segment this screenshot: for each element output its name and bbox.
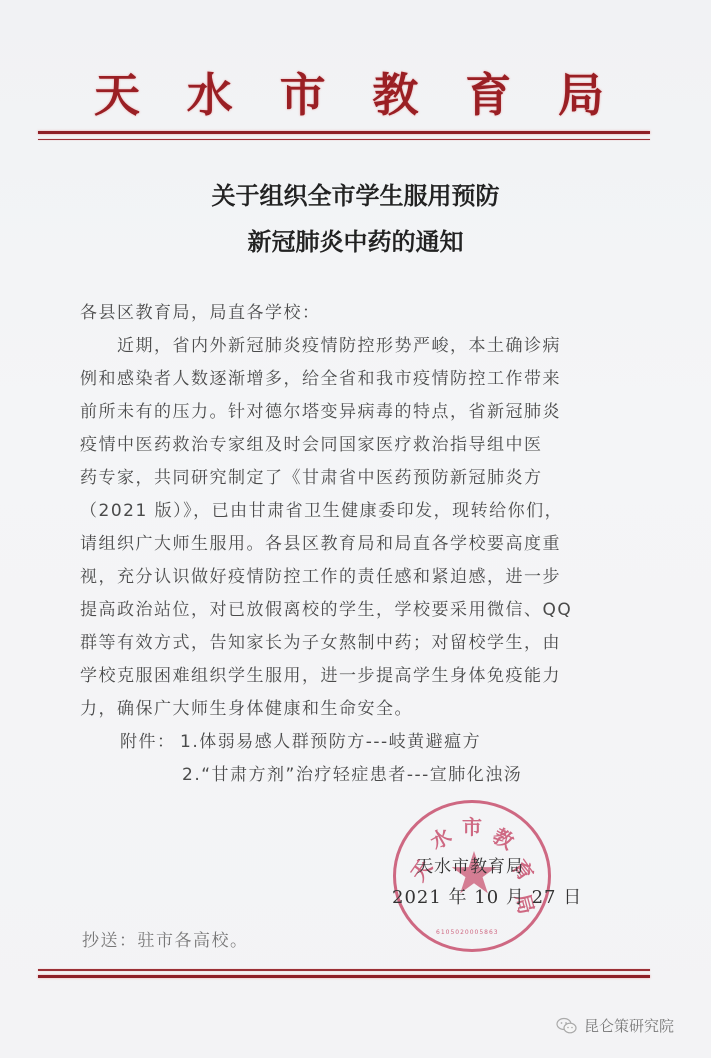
watermark: 昆仑策研究院	[556, 1015, 674, 1036]
body-line: 药专家，共同研究制定了《甘肃省中医药预防新冠肺炎方	[80, 463, 543, 488]
body-line: 学校克服困难组织学生服用，进一步提高学生身体免疫能力	[80, 661, 561, 686]
signer: 天水市教育局	[416, 852, 524, 877]
body-line: 近期，省内外新冠肺炎疫情防控形势严峻，本土确诊病	[80, 331, 561, 356]
body-line: 疫情中医药救治专家组及时会同国家医疗救治指导组中医	[80, 430, 543, 455]
masthead-char: 天	[94, 72, 140, 118]
document-title-line1: 关于组织全市学生服用预防	[0, 176, 711, 211]
document-title-line2: 新冠肺炎中药的通知	[0, 222, 711, 257]
body-line: 提高政治站位，对已放假离校的学生，学校要采用微信、QQ	[80, 595, 572, 620]
cc-line: 抄送：驻市各高校。	[82, 926, 249, 951]
body-line: 前所未有的压力。针对德尔塔变异病毒的特点，省新冠肺炎	[80, 397, 561, 422]
watermark-label: 昆仑策研究院	[584, 1015, 674, 1036]
masthead-char: 育	[465, 72, 511, 118]
masthead: 天 水 市 教 育 局	[94, 64, 604, 126]
attachment-item: 2.“甘肃方剂”治疗轻症患者---宣肺化浊汤	[182, 760, 522, 785]
masthead-char: 市	[280, 72, 326, 118]
body-line: 力，确保广大师生身体健康和生命安全。	[80, 694, 413, 719]
seal-arc-char: 市	[462, 811, 482, 840]
body-line: 群等有效方式，告知家长为子女熬制中药；对留校学生，由	[80, 628, 561, 653]
masthead-char: 教	[372, 72, 418, 118]
body-line: （2021 版）》，已由甘肃省卫生健康委印发，现转给你们，	[80, 496, 563, 521]
document-page: 天 水 市 教 育 局 关于组织全市学生服用预防 新冠肺炎中药的通知 各县区教育…	[0, 0, 711, 1058]
body-line: 视，充分认识做好疫情防控工作的责任感和紧迫感，进一步	[80, 562, 561, 587]
masthead-char: 水	[187, 72, 233, 118]
footer-rule-thin	[38, 969, 650, 971]
issue-date: 2021 年 10 月 27 日	[392, 883, 582, 909]
masthead-char: 局	[558, 72, 604, 118]
attachments-label: 附件：	[120, 727, 176, 752]
header-rule-thin	[38, 139, 650, 140]
seal-code: 6105020005863	[436, 929, 499, 936]
footer-rule-thick	[38, 975, 650, 978]
header-rule-thick	[38, 131, 650, 134]
body-line: 例和感染者人数逐渐增多，给全省和我市疫情防控工作带来	[80, 364, 561, 389]
body-line: 请组织广大师生服用。各县区教育局和局直各学校要高度重	[80, 529, 561, 554]
salutation: 各县区教育局，局直各学校：	[80, 298, 321, 323]
wechat-icon	[556, 1017, 578, 1035]
attachment-item: 1.体弱易感人群预防方---岐黄避瘟方	[180, 727, 481, 752]
